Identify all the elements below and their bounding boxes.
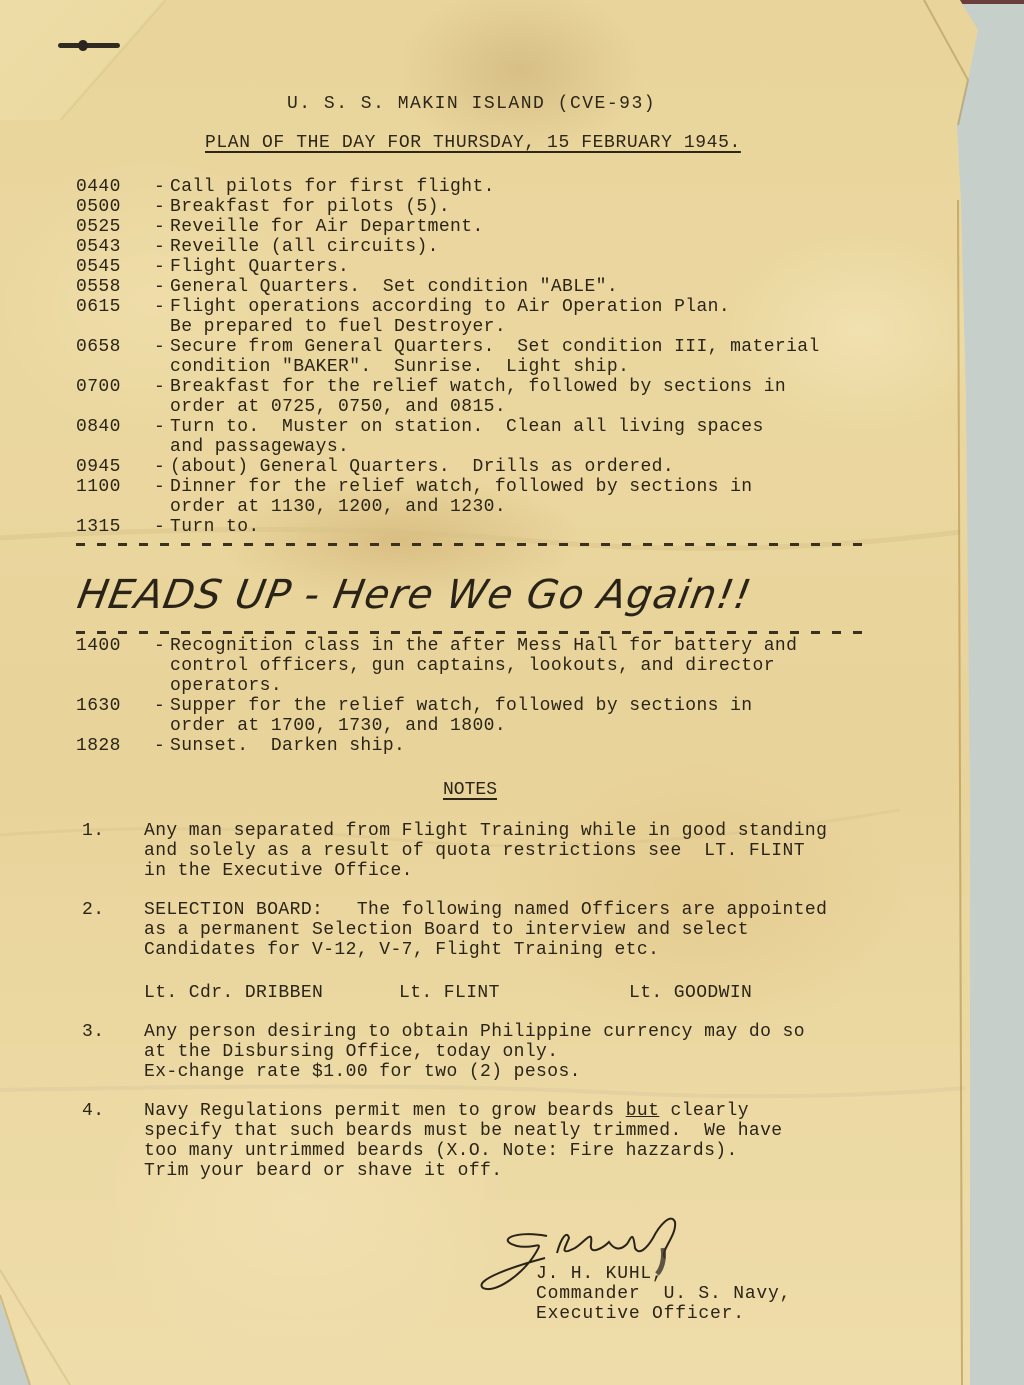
schedule-entry: 1100-Dinner for the relief watch, follow… <box>76 477 896 517</box>
board-member: Lt. FLINT <box>399 983 629 1003</box>
schedule-time: 0525 <box>76 217 154 237</box>
dashed-divider-bottom <box>76 631 866 634</box>
note-item: 1. Any man separated from Flight Trainin… <box>82 821 827 881</box>
schedule-text: Dinner for the relief watch, followed by… <box>170 477 753 517</box>
schedule-entry: 0500-Breakfast for pilots (5). <box>76 197 896 217</box>
schedule-text: Flight Quarters. <box>170 257 349 277</box>
signature-block: J. H. KUHL,Commander U. S. Navy,Executiv… <box>536 1264 791 1324</box>
schedule-entry: 1400-Recognition class in the after Mess… <box>76 636 896 696</box>
dash-separator: - <box>154 257 170 277</box>
notes-heading: NOTES <box>443 780 497 800</box>
schedule-time: 0440 <box>76 177 154 197</box>
schedule-text: Reveille for Air Department. <box>170 217 484 237</box>
schedule-time: 0945 <box>76 457 154 477</box>
dash-separator: - <box>154 337 170 377</box>
schedule-entry: 1828-Sunset. Darken ship. <box>76 736 896 756</box>
schedule-text: Flight operations according to Air Opera… <box>170 297 730 337</box>
schedule-text: Turn to. Muster on station. Clean all li… <box>170 417 764 457</box>
selection-board-members: Lt. Cdr. DRIBBEN Lt. FLINT Lt. GOODWIN <box>144 983 752 1003</box>
note-number: 1. <box>82 821 144 881</box>
schedule-entry: 1630-Supper for the relief watch, follow… <box>76 696 896 736</box>
schedule-text: Sunset. Darken ship. <box>170 736 405 756</box>
schedule-entry: 0545-Flight Quarters. <box>76 257 896 277</box>
note-text: Any person desiring to obtain Philippine… <box>144 1022 805 1082</box>
schedule-text: Recognition class in the after Mess Hall… <box>170 636 797 696</box>
dash-separator: - <box>154 297 170 337</box>
schedule-time: 1630 <box>76 696 154 736</box>
note-number: 4. <box>82 1101 144 1181</box>
dash-separator: - <box>154 517 170 537</box>
dash-separator: - <box>154 696 170 736</box>
schedule-entry: 0525-Reveille for Air Department. <box>76 217 896 237</box>
plan-of-day-title: PLAN OF THE DAY FOR THURSDAY, 15 FEBRUAR… <box>205 133 741 153</box>
note-number: 3. <box>82 1022 144 1082</box>
afternoon-schedule: 1400-Recognition class in the after Mess… <box>76 636 896 756</box>
ship-name-heading: U. S. S. MAKIN ISLAND (CVE-93) <box>287 94 656 114</box>
dash-separator: - <box>154 237 170 257</box>
dash-separator: - <box>154 457 170 477</box>
note-text: Any man separated from Flight Training w… <box>144 821 827 881</box>
schedule-text: Call pilots for first flight. <box>170 177 495 197</box>
schedule-time: 0658 <box>76 337 154 377</box>
schedule-time: 0615 <box>76 297 154 337</box>
dash-separator: - <box>154 736 170 756</box>
schedule-time: 0840 <box>76 417 154 457</box>
dash-separator: - <box>154 217 170 237</box>
schedule-entry: 0658-Secure from General Quarters. Set c… <box>76 337 896 377</box>
officer-name: J. H. KUHL, <box>536 1264 791 1284</box>
schedule-entry: 0840-Turn to. Muster on station. Clean a… <box>76 417 896 457</box>
schedule-entry: 0558-General Quarters. Set condition "AB… <box>76 277 896 297</box>
dash-separator: - <box>154 636 170 696</box>
dash-separator: - <box>154 177 170 197</box>
schedule-time: 1400 <box>76 636 154 696</box>
underlined-word: but <box>626 1101 660 1121</box>
schedule-time: 0700 <box>76 377 154 417</box>
schedule-entry: 1315-Turn to. <box>76 517 896 537</box>
schedule-text: Secure from General Quarters. Set condit… <box>170 337 820 377</box>
schedule-text: Breakfast for the relief watch, followed… <box>170 377 786 417</box>
schedule-text: General Quarters. Set condition "ABLE". <box>170 277 618 297</box>
morning-schedule: 0440-Call pilots for first flight.0500-B… <box>76 177 896 537</box>
note-text-part: Navy Regulations permit men to grow bear… <box>144 1101 626 1121</box>
schedule-time: 0545 <box>76 257 154 277</box>
officer-rank: Commander U. S. Navy, <box>536 1284 791 1304</box>
dash-separator: - <box>154 477 170 517</box>
schedule-time: 1828 <box>76 736 154 756</box>
board-member: Lt. Cdr. DRIBBEN <box>144 983 399 1003</box>
schedule-time: 0500 <box>76 197 154 217</box>
schedule-entry: 0945-(about) General Quarters. Drills as… <box>76 457 896 477</box>
officer-title: Executive Officer. <box>536 1304 791 1324</box>
schedule-text: Turn to. <box>170 517 260 537</box>
schedule-entry: 0700-Breakfast for the relief watch, fol… <box>76 377 896 417</box>
schedule-text: Breakfast for pilots (5). <box>170 197 450 217</box>
schedule-text: Supper for the relief watch, followed by… <box>170 696 753 736</box>
note-item: 3. Any person desiring to obtain Philipp… <box>82 1022 805 1082</box>
note-text: Navy Regulations permit men to grow bear… <box>144 1101 783 1181</box>
schedule-text: Reveille (all circuits). <box>170 237 439 257</box>
staple-pin-icon <box>58 43 120 48</box>
schedule-entry: 0615-Flight operations according to Air … <box>76 297 896 337</box>
schedule-time: 1315 <box>76 517 154 537</box>
schedule-time: 1100 <box>76 477 154 517</box>
board-member: Lt. GOODWIN <box>629 983 752 1003</box>
schedule-time: 0558 <box>76 277 154 297</box>
dash-separator: - <box>154 417 170 457</box>
note-text: SELECTION BOARD: The following named Off… <box>144 900 827 960</box>
note-item: 2. SELECTION BOARD: The following named … <box>82 900 827 960</box>
schedule-entry: 0543-Reveille (all circuits). <box>76 237 896 257</box>
schedule-text: (about) General Quarters. Drills as orde… <box>170 457 674 477</box>
note-number: 2. <box>82 900 144 960</box>
note-item: 4. Navy Regulations permit men to grow b… <box>82 1101 783 1181</box>
handwritten-annotation: HEADS UP - Here We Go Again!! <box>74 570 756 620</box>
dash-separator: - <box>154 377 170 417</box>
schedule-entry: 0440-Call pilots for first flight. <box>76 177 896 197</box>
dashed-divider-top <box>76 543 866 546</box>
dash-separator: - <box>154 277 170 297</box>
schedule-time: 0543 <box>76 237 154 257</box>
dash-separator: - <box>154 197 170 217</box>
